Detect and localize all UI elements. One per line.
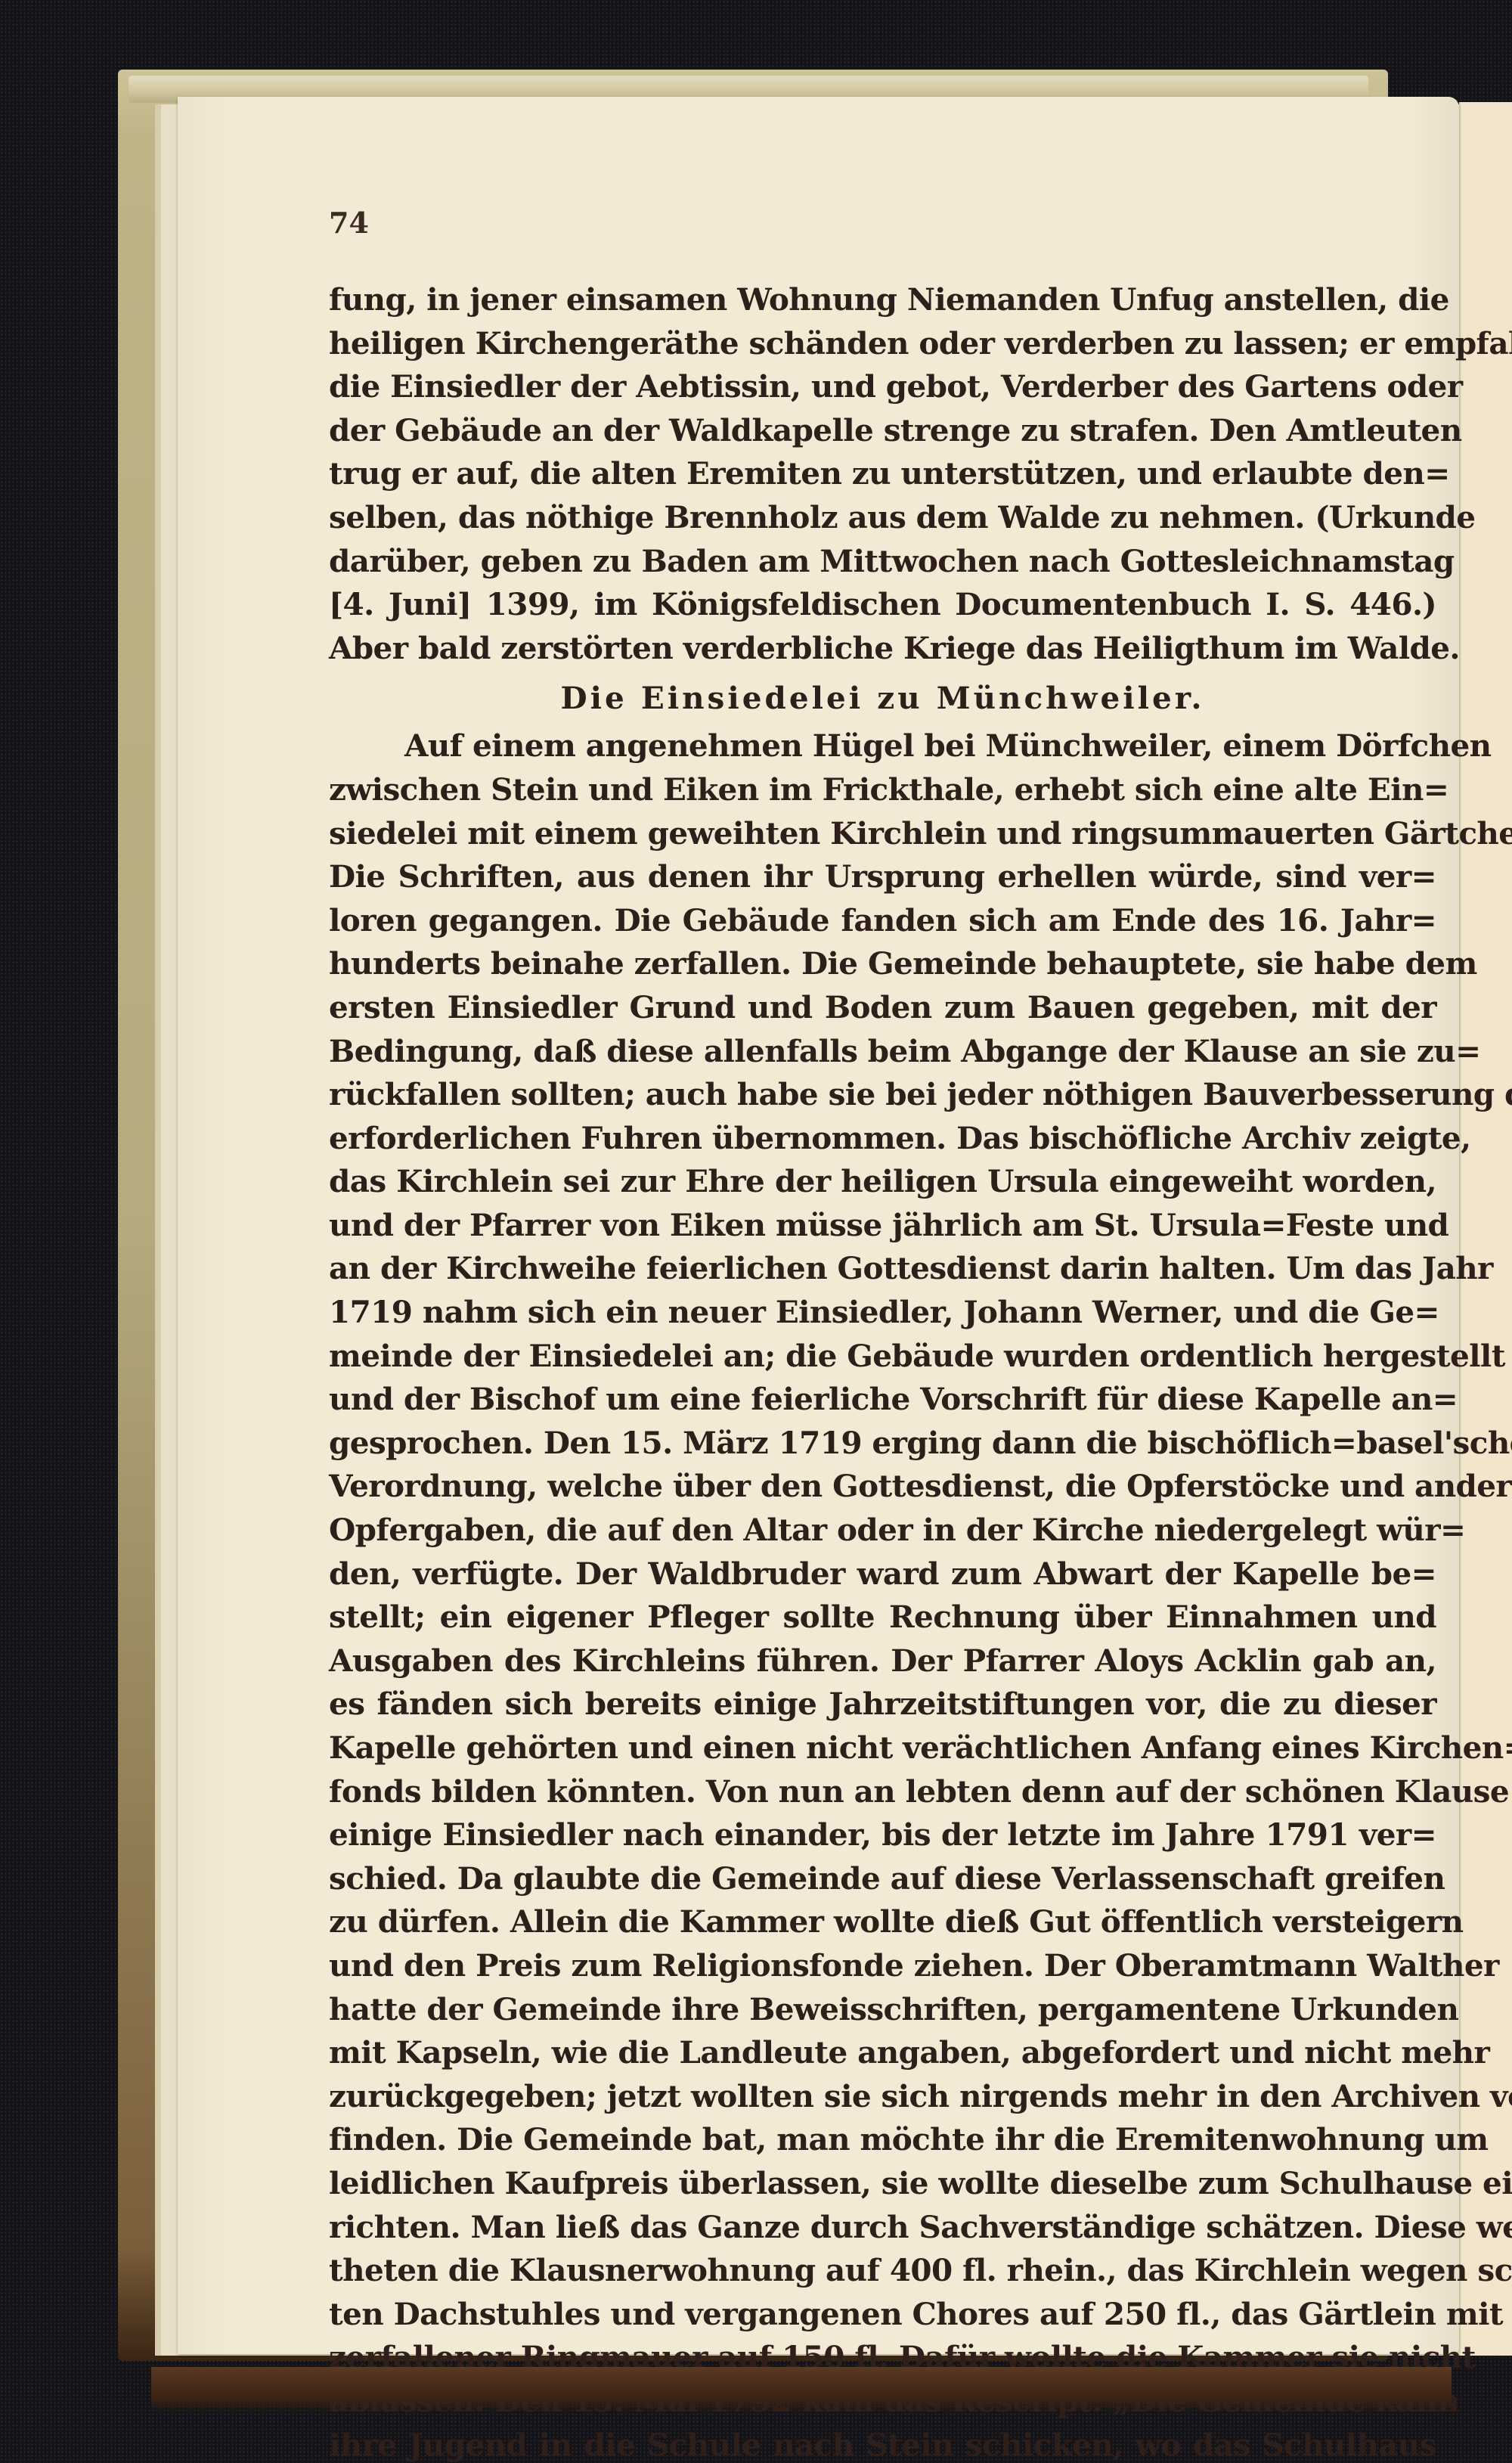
- text-line: Ausgaben des Kirchleins führen. Der Pfar…: [329, 1639, 1436, 1683]
- text-line: Opfergaben, die auf den Altar oder in de…: [329, 1509, 1436, 1553]
- paragraph-2: Auf einem angenehmen Hügel bei Münchweil…: [329, 724, 1436, 2463]
- text-line: finden. Die Gemeinde bat, man möchte ihr…: [329, 2118, 1436, 2162]
- text-line: richten. Man ließ das Ganze durch Sachve…: [329, 2206, 1436, 2250]
- text-line: Aber bald zerstörten verderbliche Kriege…: [329, 627, 1436, 671]
- text-line: Bedingung, daß diese allenfalls beim Abg…: [329, 1030, 1436, 1074]
- text-line: Die Schriften, aus denen ihr Ursprung er…: [329, 855, 1436, 899]
- text-line: Auf einem angenehmen Hügel bei Münchweil…: [329, 724, 1436, 768]
- text-line: schied. Da glaubte die Gemeinde auf dies…: [329, 1857, 1436, 1901]
- text-line: trug er auf, die alten Eremiten zu unter…: [329, 452, 1436, 496]
- text-line: und der Bischof um eine feierliche Vorsc…: [329, 1378, 1436, 1422]
- text-line: ersten Einsiedler Grund und Boden zum Ba…: [329, 986, 1436, 1030]
- text-line: darüber, geben zu Baden am Mittwochen na…: [329, 540, 1436, 584]
- text-line: hatte der Gemeinde ihre Beweisschriften,…: [329, 1988, 1436, 2032]
- text-line: leidlichen Kaufpreis überlassen, sie wol…: [329, 2162, 1436, 2206]
- text-line: 1719 nahm sich ein neuer Einsiedler, Joh…: [329, 1291, 1436, 1335]
- text-line: das Kirchlein sei zur Ehre der heiligen …: [329, 1160, 1436, 1204]
- facing-page-edge: [1459, 102, 1512, 2356]
- text-line: der Gebäude an der Waldkapelle strenge z…: [329, 409, 1436, 453]
- text-line: Verordnung, welche über den Gottesdienst…: [329, 1465, 1436, 1509]
- text-line: die Einsiedler der Aebtissin, und gebot,…: [329, 365, 1436, 409]
- text-line: an der Kirchweihe feierlichen Gottesdien…: [329, 1247, 1436, 1291]
- text-line: gesprochen. Den 15. März 1719 erging dan…: [329, 1422, 1436, 1466]
- text-line: zurückgegeben; jetzt wollten sie sich ni…: [329, 2075, 1436, 2119]
- text-line: [4. Juni] 1399, im Königsfeldischen Docu…: [329, 583, 1436, 627]
- page-body-text: fung, in jener einsamen Wohnung Niemande…: [329, 278, 1436, 2463]
- text-line: meinde der Einsiedelei an; die Gebäude w…: [329, 1335, 1436, 1379]
- text-line: mit Kapseln, wie die Landleute angaben, …: [329, 2031, 1436, 2075]
- text-line: rückfallen sollten; auch habe sie bei je…: [329, 1073, 1436, 1117]
- text-line: fonds bilden könnten. Von nun an lebten …: [329, 1770, 1436, 1814]
- text-line: zwischen Stein und Eiken im Frickthale, …: [329, 768, 1436, 812]
- text-line: es fänden sich bereits einige Jahrzeitst…: [329, 1683, 1436, 1726]
- text-line: ten Dachstuhles und vergangenen Chores a…: [329, 2293, 1436, 2337]
- text-line: einige Einsiedler nach einander, bis der…: [329, 1813, 1436, 1857]
- page-number: 74: [329, 206, 369, 240]
- text-line: siedelei mit einem geweihten Kirchlein u…: [329, 812, 1436, 856]
- text-line: ihre Jugend in die Schule nach Stein sch…: [329, 2424, 1436, 2463]
- text-line: erforderlichen Fuhren übernommen. Das bi…: [329, 1117, 1436, 1161]
- text-line: den, verfügte. Der Waldbruder ward zum A…: [329, 1553, 1436, 1596]
- text-line: selben, das nöthige Brennholz aus dem Wa…: [329, 496, 1436, 540]
- text-line: loren gegangen. Die Gebäude fanden sich …: [329, 899, 1436, 943]
- text-line: stellt; ein eigener Pfleger sollte Rechn…: [329, 1596, 1436, 1639]
- text-line: hunderts beinahe zerfallen. Die Gemeinde…: [329, 942, 1436, 986]
- text-line: fung, in jener einsamen Wohnung Niemande…: [329, 278, 1436, 322]
- text-line: zu dürfen. Allein die Kammer wollte dieß…: [329, 1900, 1436, 1944]
- text-line: und der Pfarrer von Eiken müsse jährlich…: [329, 1204, 1436, 1248]
- text-line: theten die Klausnerwohnung auf 400 fl. r…: [329, 2249, 1436, 2293]
- text-line: Kapelle gehörten und einen nicht verächt…: [329, 1726, 1436, 1770]
- text-line: und den Preis zum Religionsfonde ziehen.…: [329, 1944, 1436, 1988]
- section-heading: Die Einsiedelei zu Münchweiler.: [329, 672, 1436, 724]
- text-line: heiligen Kirchengeräthe schänden oder ve…: [329, 322, 1436, 366]
- paragraph-1: fung, in jener einsamen Wohnung Niemande…: [329, 278, 1436, 670]
- book-cover-bottom-edge: [151, 2367, 1452, 2412]
